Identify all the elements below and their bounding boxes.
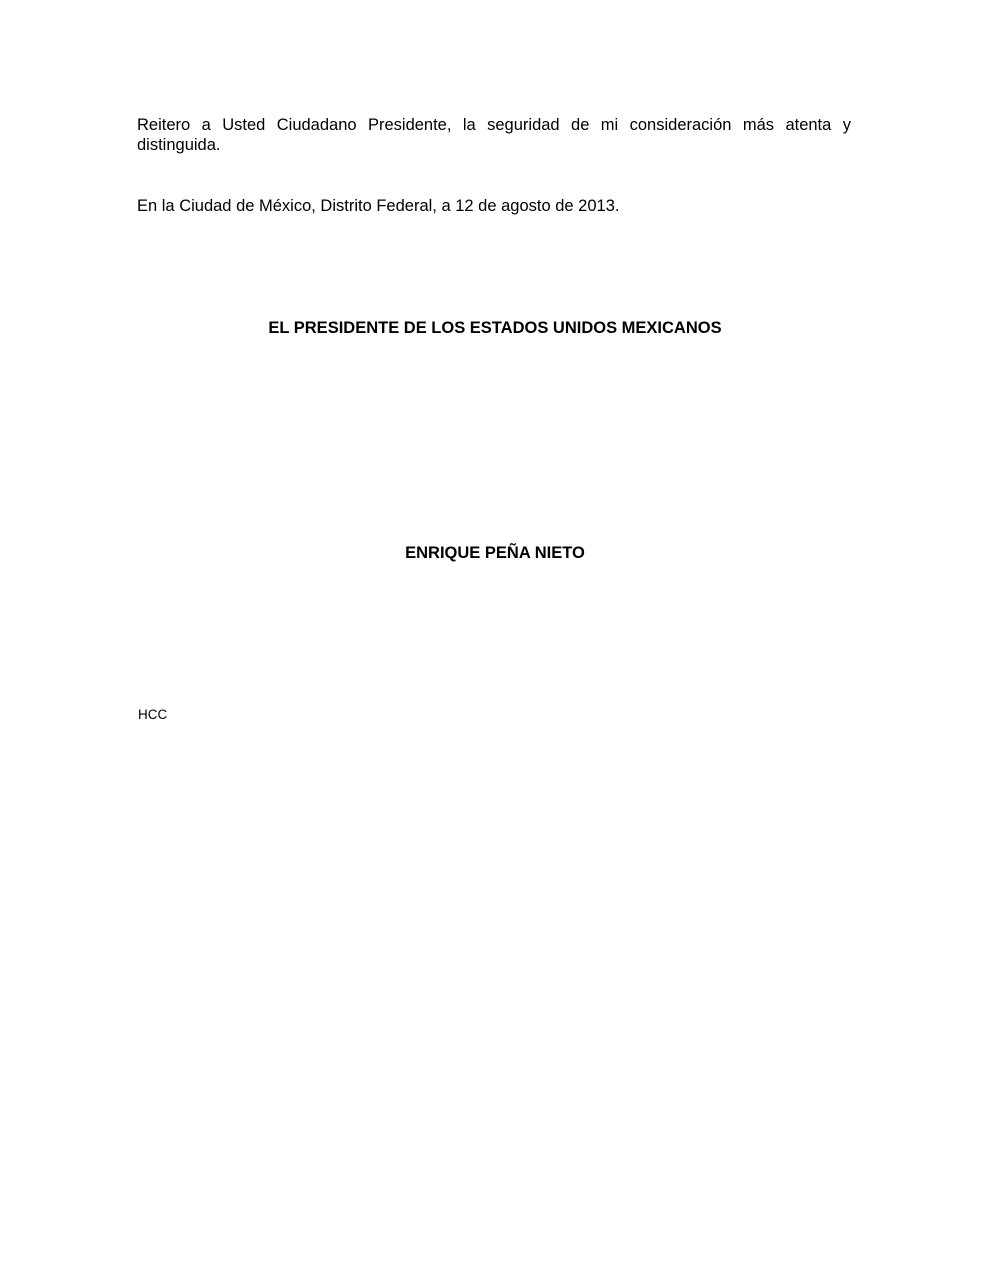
signatory-title: EL PRESIDENTE DE LOS ESTADOS UNIDOS MEXI… [0, 318, 990, 338]
reference-initials: HCC [138, 707, 167, 723]
place-date: En la Ciudad de México, Distrito Federal… [137, 196, 851, 216]
document-page: Reitero a Usted Ciudadano Presidente, la… [0, 0, 990, 1280]
closing-paragraph: Reitero a Usted Ciudadano Presidente, la… [137, 115, 851, 155]
signatory-name: ENRIQUE PEÑA NIETO [0, 543, 990, 563]
